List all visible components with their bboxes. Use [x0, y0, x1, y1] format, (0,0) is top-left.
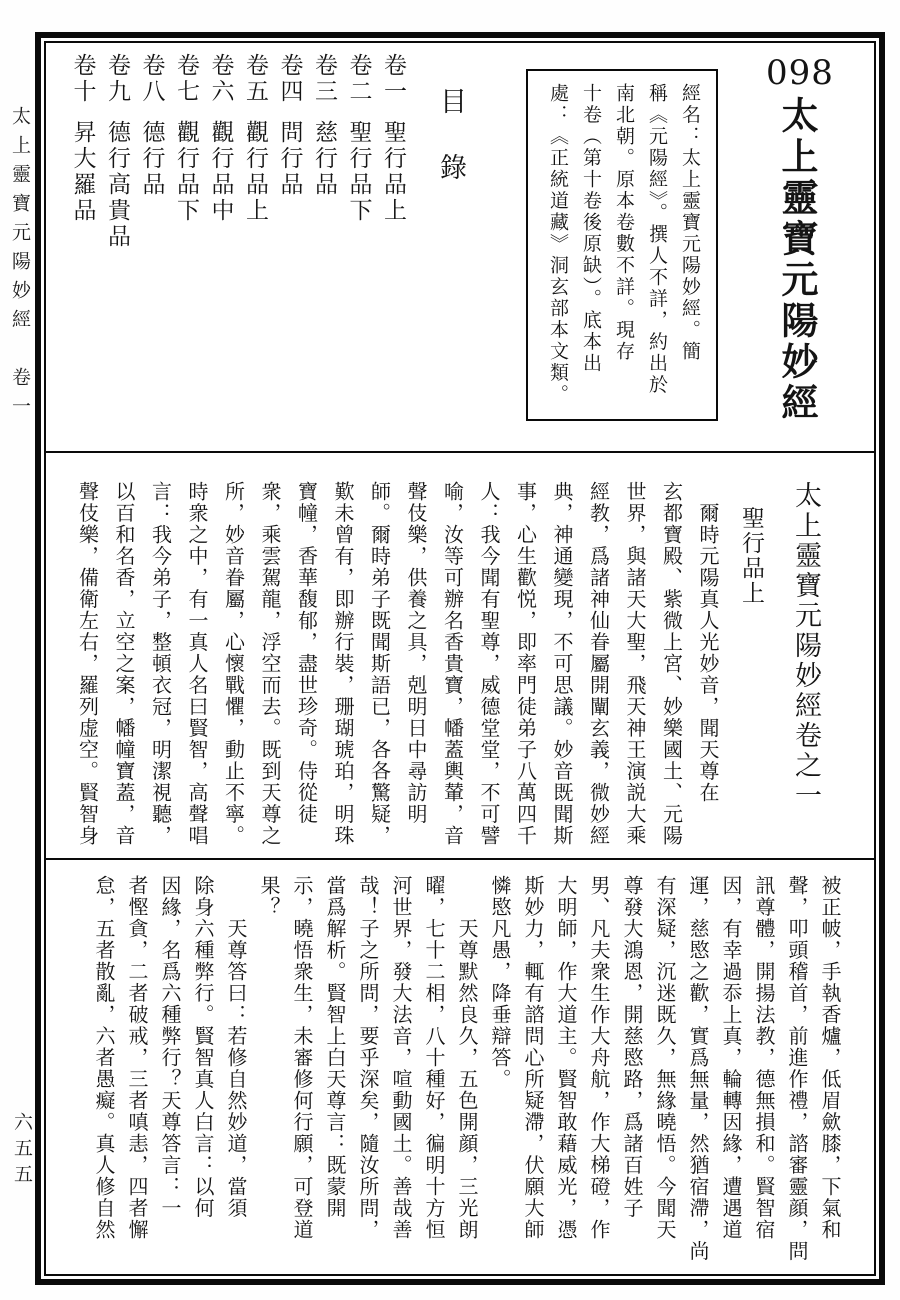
scripture-column: 天尊默然良久，五色開顔，三光朗	[450, 875, 483, 1268]
toc-entry: 卷七觀行品下	[169, 53, 204, 441]
toc-entry: 卷八德行品	[134, 53, 169, 441]
scripture-column: 事，心生歡悦，即率門徒弟子八萬四千	[507, 481, 544, 854]
catalog-number: 098	[766, 55, 828, 92]
scripture-column: 者慳貪，二者破戒，三者嗔恚，四者懈	[120, 875, 153, 1268]
toc-chapter-label: 卷四	[277, 53, 303, 105]
toc-entry: 卷一聖行品上	[376, 53, 411, 441]
scripture-column: 所，妙音眷屬，心懷戰懼，動止不寧。	[215, 481, 252, 854]
scripture-column: 訊尊體，開揚法教，德無損和。賢智宿	[747, 875, 780, 1268]
toc-chapter-label: 卷七	[173, 53, 199, 105]
scripture-upper-text: 太上靈寶元陽妙經卷之一 聖行品上 爾時元陽真人光妙音，聞天尊在玄都寶殿、紫微上宮…	[52, 481, 834, 854]
toc-entry: 卷四問行品	[272, 53, 307, 441]
scripture-column: 世界，與諸天大聖，飛天神王演説大乘	[617, 481, 654, 854]
toc-chapter-title: 聖行品上	[376, 120, 411, 224]
toc-chapter-title: 觀行品下	[169, 120, 204, 224]
toc-chapter-label: 卷八	[139, 53, 165, 105]
scripture-column: 斯妙力，輒有諮問心所疑滯，伏願大師	[516, 875, 549, 1268]
scripture-column: 哉！子之所問，要乎深矣，隨汝所問，	[351, 875, 384, 1268]
scripture-column: 被正帔，手執香爐，低眉歛膝，下氣和	[813, 875, 846, 1268]
scripture-column: 當爲解析。賢智上白天尊言：既蒙開	[318, 875, 351, 1268]
annotation-column: 經名：太上靈寶元陽妙經。簡	[673, 83, 706, 407]
toc-chapter-title: 觀行品上	[238, 120, 273, 224]
toc-entry: 卷九德行高貴品	[100, 53, 135, 441]
scripture-column: 師。爾時弟子既聞斯語已，各各驚疑，	[361, 481, 398, 854]
page-border-frame-inner: 098 太上靈寶元陽妙經 經名：太上靈寶元陽妙經。簡稱《元陽經》。撰人不詳，約出…	[44, 41, 876, 1276]
toc-chapter-label: 卷一	[380, 53, 406, 105]
toc-chapter-title: 聖行品下	[341, 120, 376, 224]
scripture-column: 憐愍凡愚，降垂辯答。	[483, 875, 516, 1268]
toc-chapter-title: 慈行品	[307, 120, 342, 198]
toc-chapter-label: 卷五	[242, 53, 268, 105]
scripture-column: 以百和名香，立空之案，幡幢寶蓋，音	[106, 481, 143, 854]
scripture-column: 言：我今弟子，整頓衣冠，明潔視聽，	[142, 481, 179, 854]
scripture-column: 除身六種弊行。賢智真人白言：以何	[186, 875, 219, 1268]
title-block: 098 太上靈寶元陽妙經	[766, 55, 828, 424]
scripture-column: 聲伎樂，供養之具，剋明日中尋訪明	[398, 481, 435, 854]
scripture-column: 因緣，名爲六種弊行？天尊答言：一	[153, 875, 186, 1268]
scripture-column: 天尊答曰：若修自然妙道，當須	[219, 875, 252, 1268]
scripture-column: 典，神通變現，不可思議。妙音既聞斯	[544, 481, 581, 854]
header-section: 098 太上靈寶元陽妙經 經名：太上靈寶元陽妙經。簡稱《元陽經》。撰人不詳，約出…	[46, 43, 874, 453]
page-border-frame: 098 太上靈寶元陽妙經 經名：太上靈寶元陽妙經。簡稱《元陽經》。撰人不詳，約出…	[35, 32, 885, 1285]
scripture-annotation-box: 經名：太上靈寶元陽妙經。簡稱《元陽經》。撰人不詳，約出於南北朝。原本卷數不詳。現…	[526, 69, 718, 421]
annotation-column: 十卷（第十卷後原缺）。底本出	[574, 83, 607, 407]
toc-entry: 卷十昇大羅品	[65, 53, 100, 441]
main-title: 太上靈寶元陽妙經	[770, 96, 824, 424]
scripture-column: 運，慈愍之歡，實爲無量，然猶宿滯，尚	[681, 875, 714, 1268]
toc-entry: 卷三慈行品	[307, 53, 342, 441]
toc-entry: 卷六觀行品中	[203, 53, 238, 441]
scripture-column: 爾時元陽真人光妙音，聞天尊在	[690, 481, 727, 854]
toc-chapter-label: 卷二	[346, 53, 372, 105]
page-number: 六五五	[9, 1112, 36, 1190]
toc-chapter-title: 觀行品中	[203, 120, 238, 224]
scanned-book-page: 太上靈寶元陽妙經 卷一 六五五 098 太上靈寶元陽妙經 經名：太上靈寶元陽妙經…	[0, 0, 900, 1300]
annotation-column: 稱《元陽經》。撰人不詳，約出於	[640, 83, 673, 407]
scripture-column: 玄都寶殿、紫微上宮、妙樂國土、元陽	[653, 481, 690, 854]
toc-heading: 目 錄	[431, 87, 470, 186]
toc-entry: 卷二聖行品下	[341, 53, 376, 441]
scripture-lower-section: 被正帔，手執香爐，低眉歛膝，下氣和聲，叩頭稽首，前進作禮，諮審靈顔，問訊尊體，開…	[46, 860, 874, 1274]
scripture-column: 因，有幸過忝上真，輪轉因緣，遭遇道	[714, 875, 747, 1268]
scripture-column: 示，曉悟衆生，未審修何行願，可登道	[285, 875, 318, 1268]
toc-chapter-title: 德行品	[134, 120, 169, 198]
scripture-column: 有深疑，沉迷既久，無緣曉悟。今聞天	[648, 875, 681, 1268]
scripture-column: 經教，爲諸神仙眷屬開闡玄義，微妙經	[580, 481, 617, 854]
toc-entry: 卷五觀行品上	[238, 53, 273, 441]
toc-chapter-label: 卷十	[70, 53, 96, 105]
scripture-column: 曜，七十二相，八十種好，徧明十方恒	[417, 875, 450, 1268]
toc-chapter-label: 卷六	[208, 53, 234, 105]
scripture-column: 寶幢，香華馥郁，盡世珍奇。侍從徒	[288, 481, 325, 854]
annotation-column: 處：《正統道藏》洞玄部本文類。	[541, 83, 574, 407]
scripture-upper-section: 太上靈寶元陽妙經卷之一 聖行品上 爾時元陽真人光妙音，聞天尊在玄都寶殿、紫微上宮…	[46, 453, 874, 860]
annotation-column: 南北朝。原本卷數不詳。現存	[607, 83, 640, 407]
scripture-column: 怠，五者散亂，六者愚癡。真人修自然	[87, 875, 120, 1268]
toc-chapter-label: 卷九	[104, 53, 130, 105]
volume-heading: 太上靈寶元陽妙經卷之一	[776, 481, 834, 854]
toc-chapter-title: 昇大羅品	[65, 120, 100, 224]
scripture-column: 聲伎樂，備衛左右，羅列虚空。賢智身	[69, 481, 106, 854]
scripture-column: 歎未曾有，即辦行裝，珊瑚琥珀，明珠	[325, 481, 362, 854]
scripture-column: 時衆之中，有一真人名曰賢智，高聲唱	[179, 481, 216, 854]
section-heading: 聖行品上	[726, 481, 776, 854]
toc-list: 卷一聖行品上卷二聖行品下卷三慈行品卷四問行品卷五觀行品上卷六觀行品中卷七觀行品下…	[62, 53, 410, 441]
scripture-column: 尊發大鴻恩，開慈愍路，爲諸百姓子	[615, 875, 648, 1268]
scripture-column: 喻，汝等可辦名香貴寶，幡蓋輿輦，音	[434, 481, 471, 854]
scripture-column: 聲，叩頭稽首，前進作禮，諮審靈顔，問	[780, 875, 813, 1268]
spine-title: 太上靈寶元陽妙經 卷一	[7, 106, 34, 425]
scripture-column: 大明師，作大道主。賢智敢藉威光，憑	[549, 875, 582, 1268]
toc-chapter-title: 德行高貴品	[100, 120, 135, 250]
scripture-column: 果？	[252, 875, 285, 1268]
scripture-lower-text: 被正帔，手執香爐，低眉歛膝，下氣和聲，叩頭稽首，前進作禮，諮審靈顔，問訊尊體，開…	[52, 875, 846, 1268]
scripture-column: 衆，乘雲駕龍，浮空而去。既到天尊之	[252, 481, 289, 854]
toc-chapter-title: 問行品	[272, 120, 307, 198]
scripture-column: 河世界，發大法音，喧動國土。善哉善	[384, 875, 417, 1268]
scripture-column: 人：我今聞有聖尊，威德堂堂，不可譬	[471, 481, 508, 854]
scripture-column: 男、凡夫衆生作大舟航，作大梯磴，作	[582, 875, 615, 1268]
toc-chapter-label: 卷三	[311, 53, 337, 105]
